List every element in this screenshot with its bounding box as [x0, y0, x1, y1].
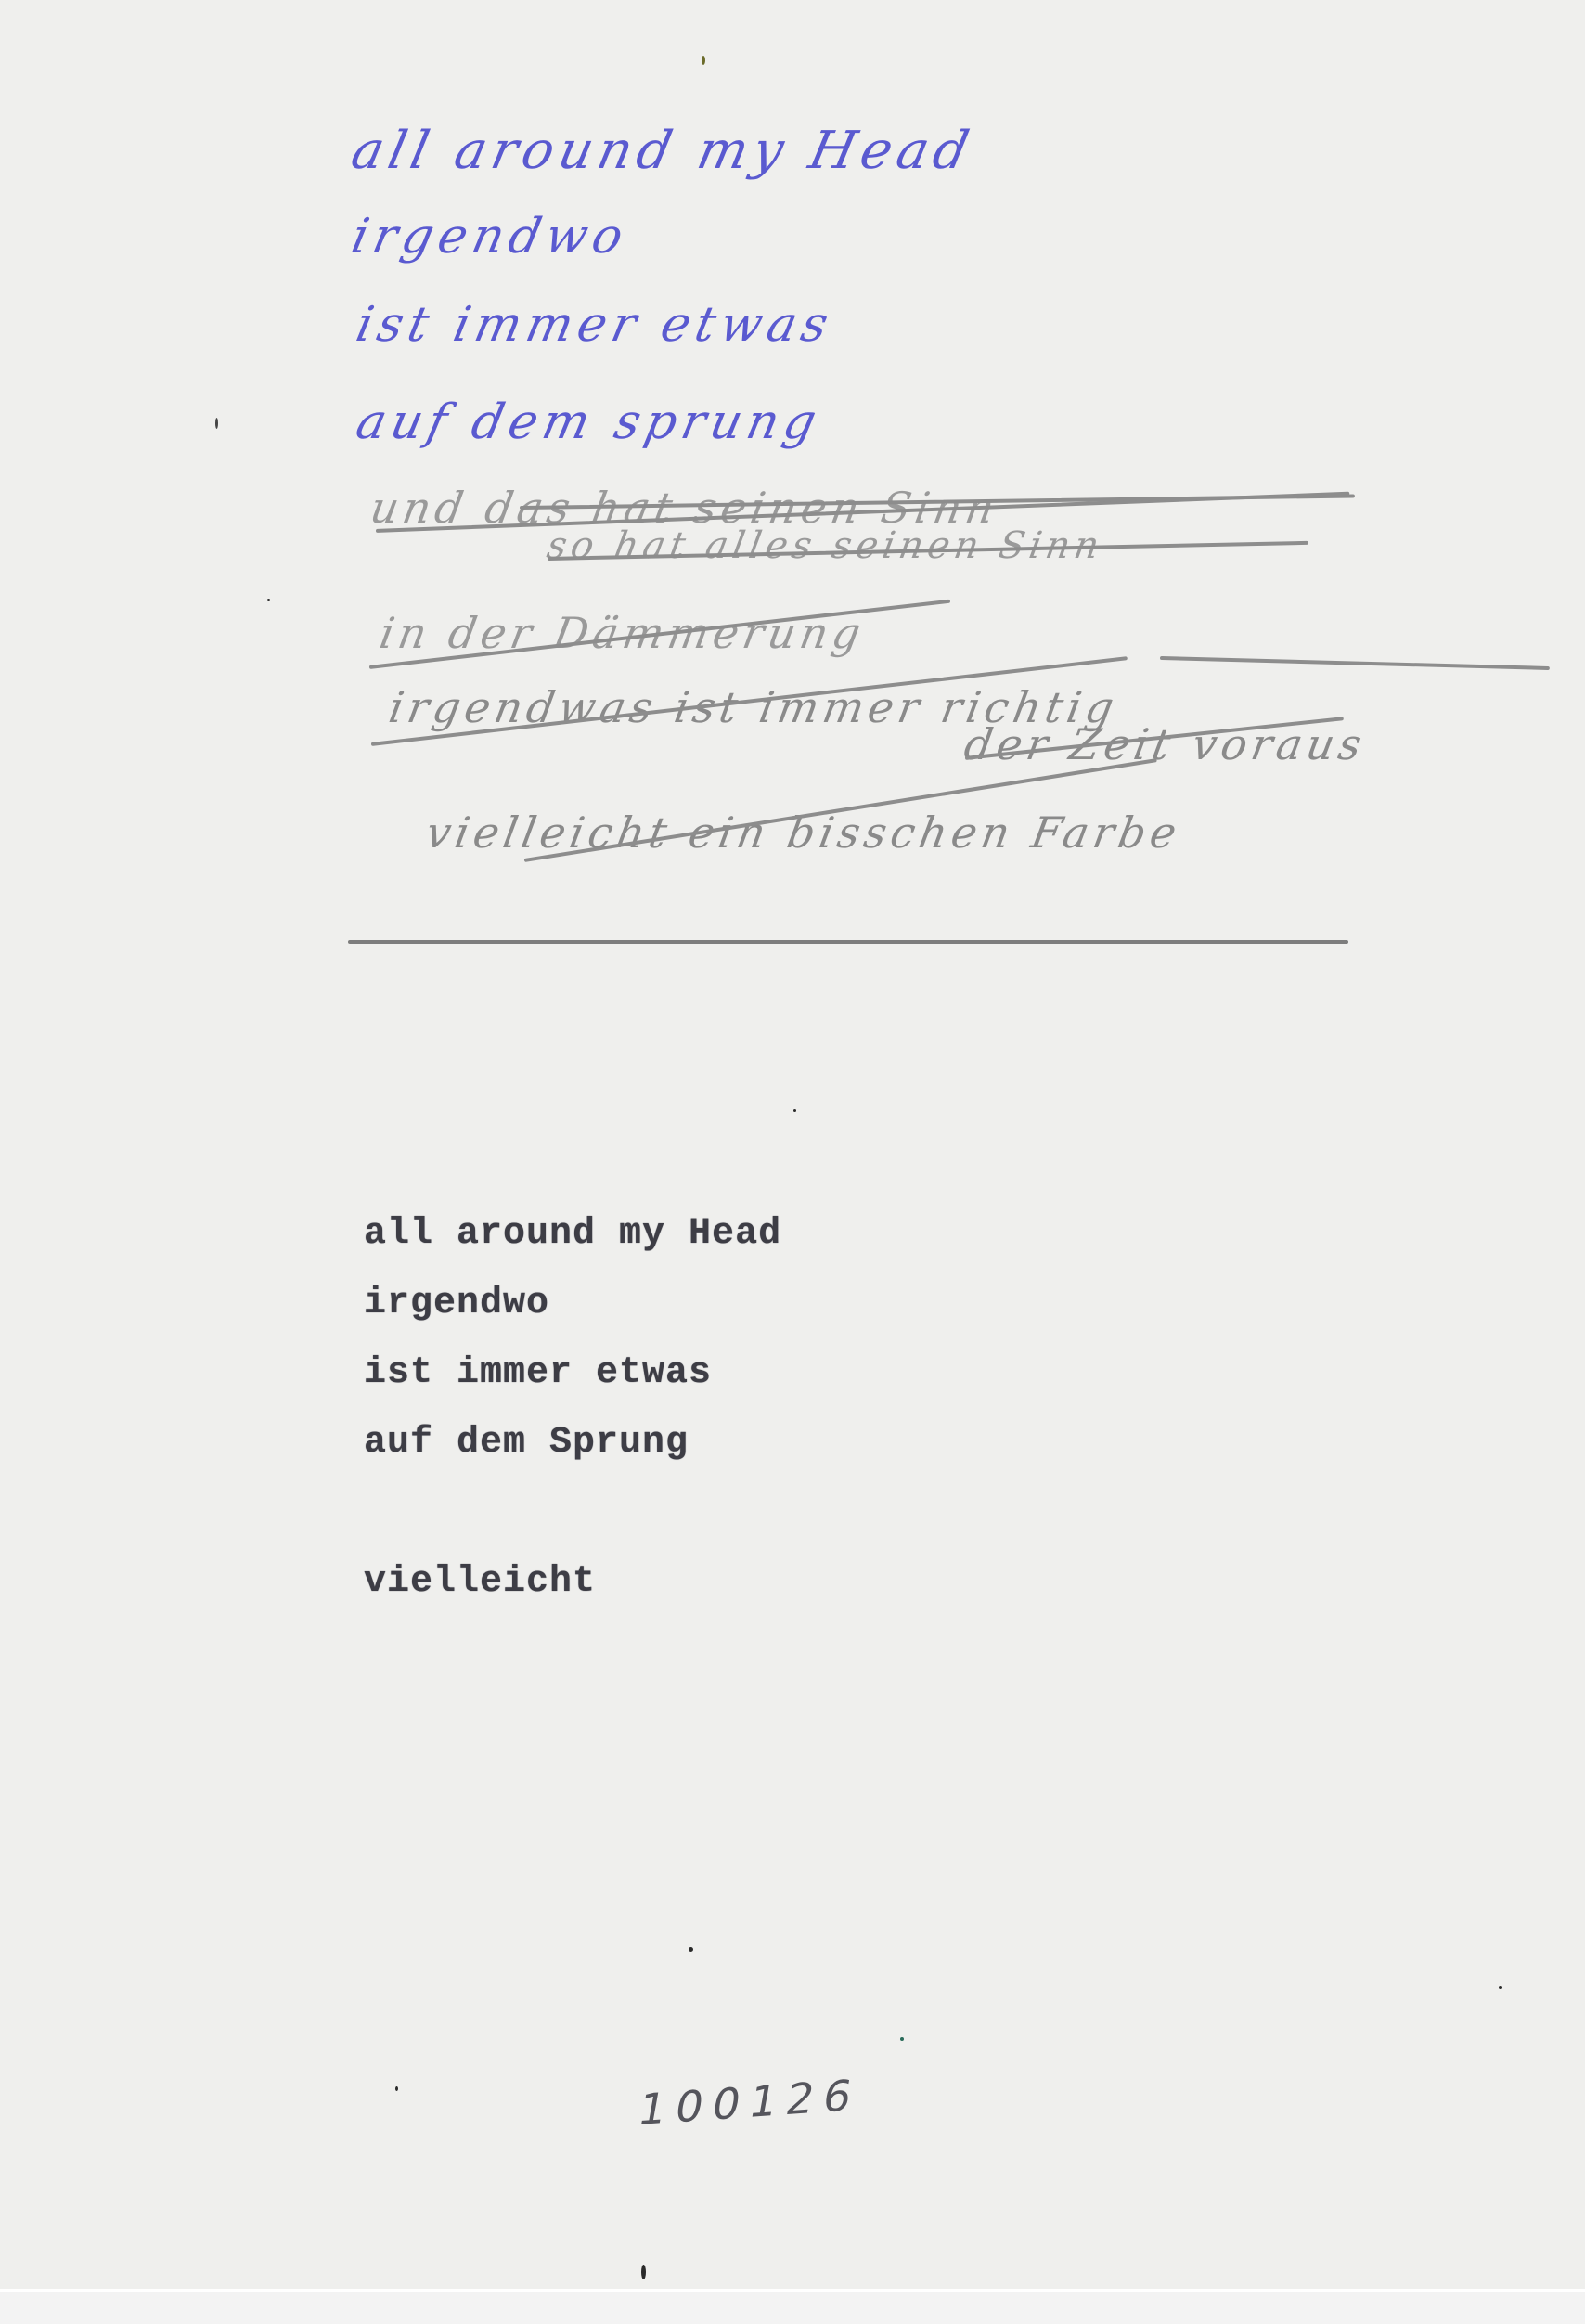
stanza-gap [364, 1478, 781, 1547]
typed-line-5: vielleicht [364, 1547, 781, 1617]
typed-line-2: irgendwo [364, 1269, 781, 1338]
handwritten-line-1: all around my Head [346, 121, 979, 181]
pencil-line-struck-2: so hat alles seinen Sinn [544, 524, 1107, 567]
dust-speck [395, 2086, 398, 2091]
dust-speck [641, 2265, 646, 2279]
handwritten-line-2: irgendwo [347, 209, 634, 265]
pencil-line-struck-3: in der Dämmerung [376, 608, 869, 658]
handwritten-line-4: auf dem sprung [352, 394, 827, 450]
dust-speck [702, 56, 705, 65]
dust-speck [1499, 1986, 1502, 1989]
dust-speck [689, 1947, 693, 1952]
pencil-line-5: der Zeit voraus [960, 719, 1370, 769]
scan-edge [0, 2289, 1585, 2324]
dust-speck [900, 2037, 904, 2041]
handwritten-line-3: ist immer etwas [352, 297, 839, 353]
manuscript-page: all around my Head irgendwo ist immer et… [0, 0, 1585, 2289]
dust-speck [267, 599, 270, 601]
horizontal-rule [348, 940, 1348, 944]
typed-line-3: ist immer etwas [364, 1338, 781, 1408]
typewritten-poem: all around my Head irgendwo ist immer et… [364, 1199, 781, 1617]
strikethrough [1160, 656, 1550, 670]
archive-number: 100126 [634, 2070, 865, 2135]
typed-line-1: all around my Head [364, 1199, 781, 1269]
typed-line-4: auf dem Sprung [364, 1408, 781, 1478]
dust-speck [793, 1109, 796, 1112]
dust-speck [215, 418, 218, 429]
